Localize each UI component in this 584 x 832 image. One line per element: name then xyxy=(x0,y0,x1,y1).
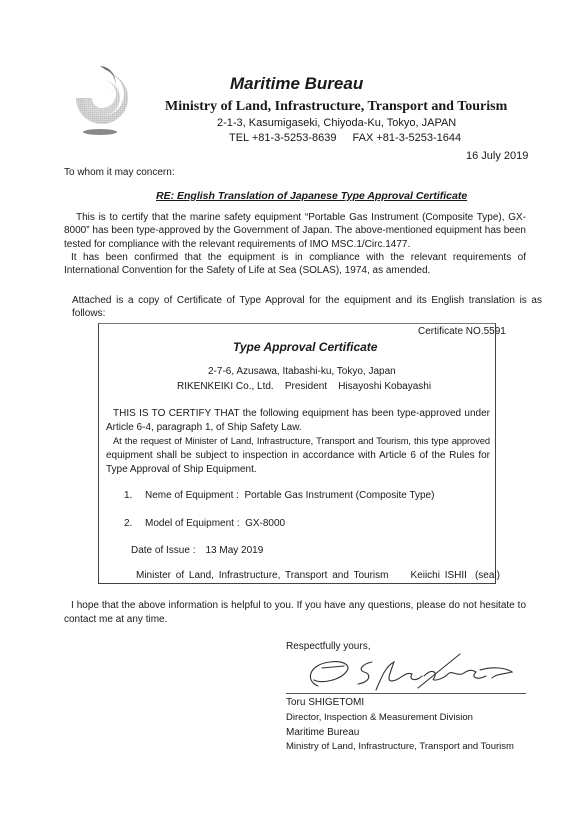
ministry-swirl-logo-icon xyxy=(62,58,142,138)
ministry-name: Ministry of Land, Infrastructure, Transp… xyxy=(165,99,507,115)
holder-name: Hisayoshi Kobayashi xyxy=(338,381,431,392)
paragraph-3-text: Attached is a copy of Certificate of Typ… xyxy=(72,295,542,319)
item-value: Portable Gas Instrument (Composite Type) xyxy=(245,490,435,501)
equipment-item: 1.Neme of Equipment : Portable Gas Instr… xyxy=(124,490,434,501)
tel-number: TEL +81-3-5253-8639 xyxy=(229,132,337,144)
request-text-first: At the request of Minister of Land, Infr… xyxy=(113,435,490,446)
bureau-name: Maritime Bureau xyxy=(230,74,363,94)
body-paragraph-3: Attached is a copy of Certificate of Typ… xyxy=(72,294,542,321)
minister-line: Minister of Land, Infrastructure, Transp… xyxy=(136,570,500,581)
equipment-item: 2.Model of Equipment : GX-8000 xyxy=(124,518,285,529)
holder-address: 2-7-6, Azusawa, Itabashi-ku, Tokyo, Japa… xyxy=(208,366,396,377)
date-of-issue: Date of Issue :13 May 2019 xyxy=(131,545,263,556)
item-number: 1. xyxy=(124,490,145,501)
signature-line xyxy=(286,693,526,694)
letter-date: 16 July 2019 xyxy=(466,150,528,162)
holder-role: President xyxy=(285,381,327,392)
closing-text: I hope that the above information is hel… xyxy=(64,600,526,625)
minister-title: Minister of Land, Infrastructure, Transp… xyxy=(136,570,388,581)
body-paragraph-1: This is to certify that the marine safet… xyxy=(64,211,526,277)
certificate-title: Type Approval Certificate xyxy=(233,340,377,354)
letterhead-address: 2-1-3, Kasumigaseki, Chiyoda-Ku, Tokyo, … xyxy=(217,117,456,129)
handwritten-signature-icon xyxy=(300,650,520,694)
signer-organization: Maritime Bureau xyxy=(286,727,359,738)
certify-statement: THIS IS TO CERTIFY THAT the following eq… xyxy=(106,407,490,435)
item-value: GX-8000 xyxy=(245,518,285,529)
seal-label: (seal) xyxy=(475,570,500,581)
request-statement: At the request of Minister of Land, Infr… xyxy=(106,434,490,476)
subject-line: RE: English Translation of Japanese Type… xyxy=(156,190,467,202)
closing-paragraph: I hope that the above information is hel… xyxy=(64,599,526,627)
minister-name: Keiichi ISHII xyxy=(410,570,466,581)
certificate-number: Certificate NO.5591 xyxy=(418,326,506,337)
signer-ministry: Ministry of Land, Infrastructure, Transp… xyxy=(286,741,514,752)
letterhead-contact: TEL +81-3-5253-8639FAX +81-3-5253-1644 xyxy=(229,132,461,144)
paragraph-1-text: This is to certify that the marine safet… xyxy=(64,212,526,250)
signer-name: Toru SHIGETOMI xyxy=(286,697,364,708)
request-text-rest: equipment shall be subject to inspection… xyxy=(106,450,490,475)
item-number: 2. xyxy=(124,518,145,529)
paragraph-2-text: It has been confirmed that the equipment… xyxy=(64,252,526,276)
holder-line: RIKENKEIKI Co., Ltd. President Hisayoshi… xyxy=(177,381,431,392)
item-label: Neme of Equipment : xyxy=(145,490,239,501)
certify-text: THIS IS TO CERTIFY THAT the following eq… xyxy=(106,408,490,433)
issue-label: Date of Issue : xyxy=(131,545,195,556)
fax-number: FAX +81-3-5253-1644 xyxy=(353,132,462,144)
signer-title: Director, Inspection & Measurement Divis… xyxy=(286,712,473,723)
holder-company: RIKENKEIKI Co., Ltd. xyxy=(177,381,274,392)
greeting: To whom it may concern: xyxy=(64,167,175,178)
item-label: Model of Equipment : xyxy=(145,518,240,529)
issue-date: 13 May 2019 xyxy=(205,545,263,556)
